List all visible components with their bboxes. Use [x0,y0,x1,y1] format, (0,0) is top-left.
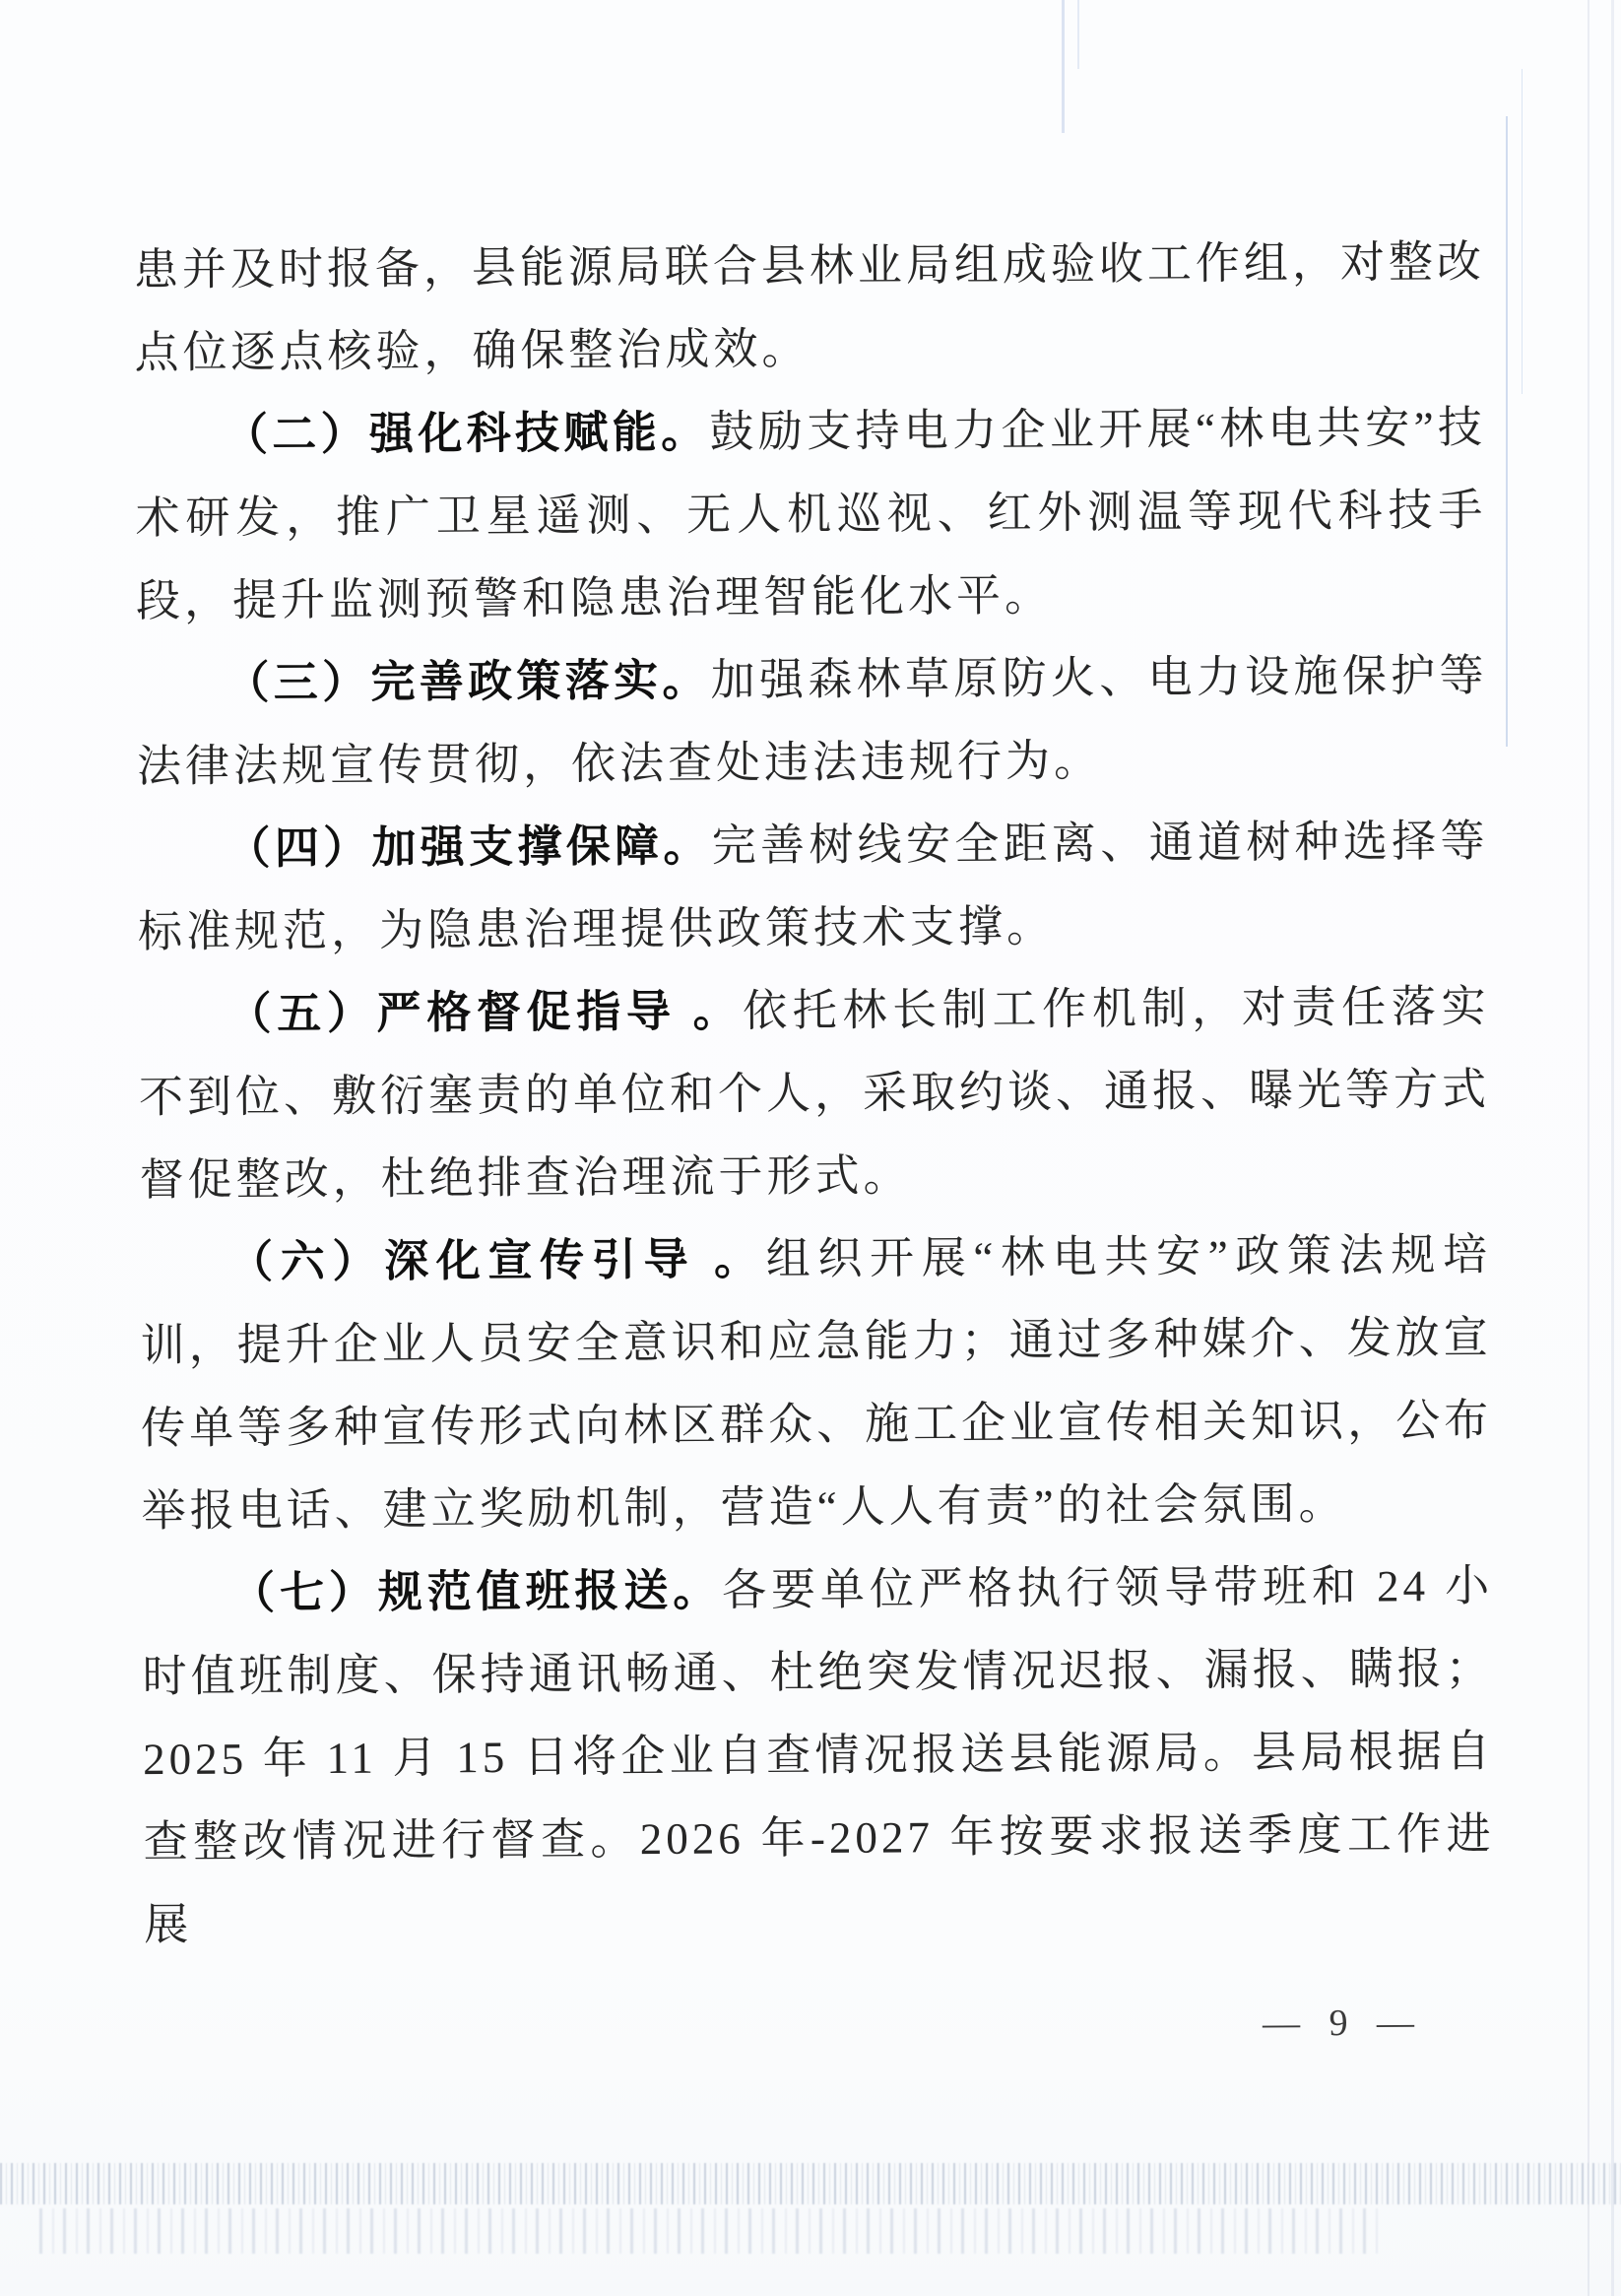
section-6-heading: （六）深化宣传引导 。 [228,1234,766,1286]
section-3-heading: （三）完善政策落实。 [225,656,710,708]
section-7-text: 各要单位严格执行领导带班和 24 小时值班制度、保持通讯畅通、杜绝突发情况迟报、… [143,1561,1495,1949]
section-7-paragraph: （七）规范值班报送。各要单位严格执行领导带班和 24 小时值班制度、保持通讯畅通… [142,1544,1496,1966]
document-body: 患并及时报备，县能源局联合县林业局组成验收工作组，对整改点位逐点核验，确保整治成… [134,221,1496,1966]
section-7-heading: （七）规范值班报送。 [230,1566,722,1618]
section-5-paragraph: （五）严格督促指导 。依托林长制工作机制，对责任落实不到位、敷衍塞责的单位和个人… [138,965,1491,1221]
section-3-paragraph: （三）完善政策落实。加强森林草原防火、电力设施保护等法律法规宣传贯彻，依法查处违… [136,634,1488,808]
scan-artifact-bleedthrough-band [39,2208,1379,2254]
scan-artifact-right-line [1506,116,1508,747]
section-5-heading: （五）严格督促指导 。 [227,986,743,1038]
scan-artifact-right-line [1522,69,1523,394]
paragraph-continuation: 患并及时报备，县能源局联合县林业局组成验收工作组，对整改点位逐点核验，确保整治成… [134,221,1486,394]
scan-artifact-page-edge-line [1611,0,1614,2296]
section-4-heading: （四）加强支撑保障。 [226,821,711,874]
section-6-paragraph: （六）深化宣传引导 。组织开展“林电共安”政策法规培训，提升企业人员安全意识和应… [140,1214,1493,1552]
scan-artifact-page-edge-line [1588,0,1589,2296]
scan-artifact-bleedthrough-band [0,2163,1621,2204]
scan-artifact-top-mark [1062,0,1065,133]
section-2-paragraph: （二）强化科技赋能。鼓励支持电力企业开展“林电共安”技术研发，推广卫星遥测、无人… [135,386,1488,642]
page-number: — 9 — [1263,2001,1424,2046]
section-2-heading: （二）强化科技赋能。 [224,408,710,460]
scan-artifact-top-mark [1077,0,1079,69]
section-4-paragraph: （四）加强支撑保障。完善树线安全距离、通道树种选择等标准规范，为隐患治理提供政策… [137,800,1489,973]
scanned-document-page: 患并及时报备，县能源局联合县林业局组成验收工作组，对整改点位逐点核验，确保整治成… [0,0,1621,2296]
paragraph-text: 患并及时报备，县能源局联合县林业局组成验收工作组，对整改点位逐点核验，确保整治成… [134,237,1485,377]
